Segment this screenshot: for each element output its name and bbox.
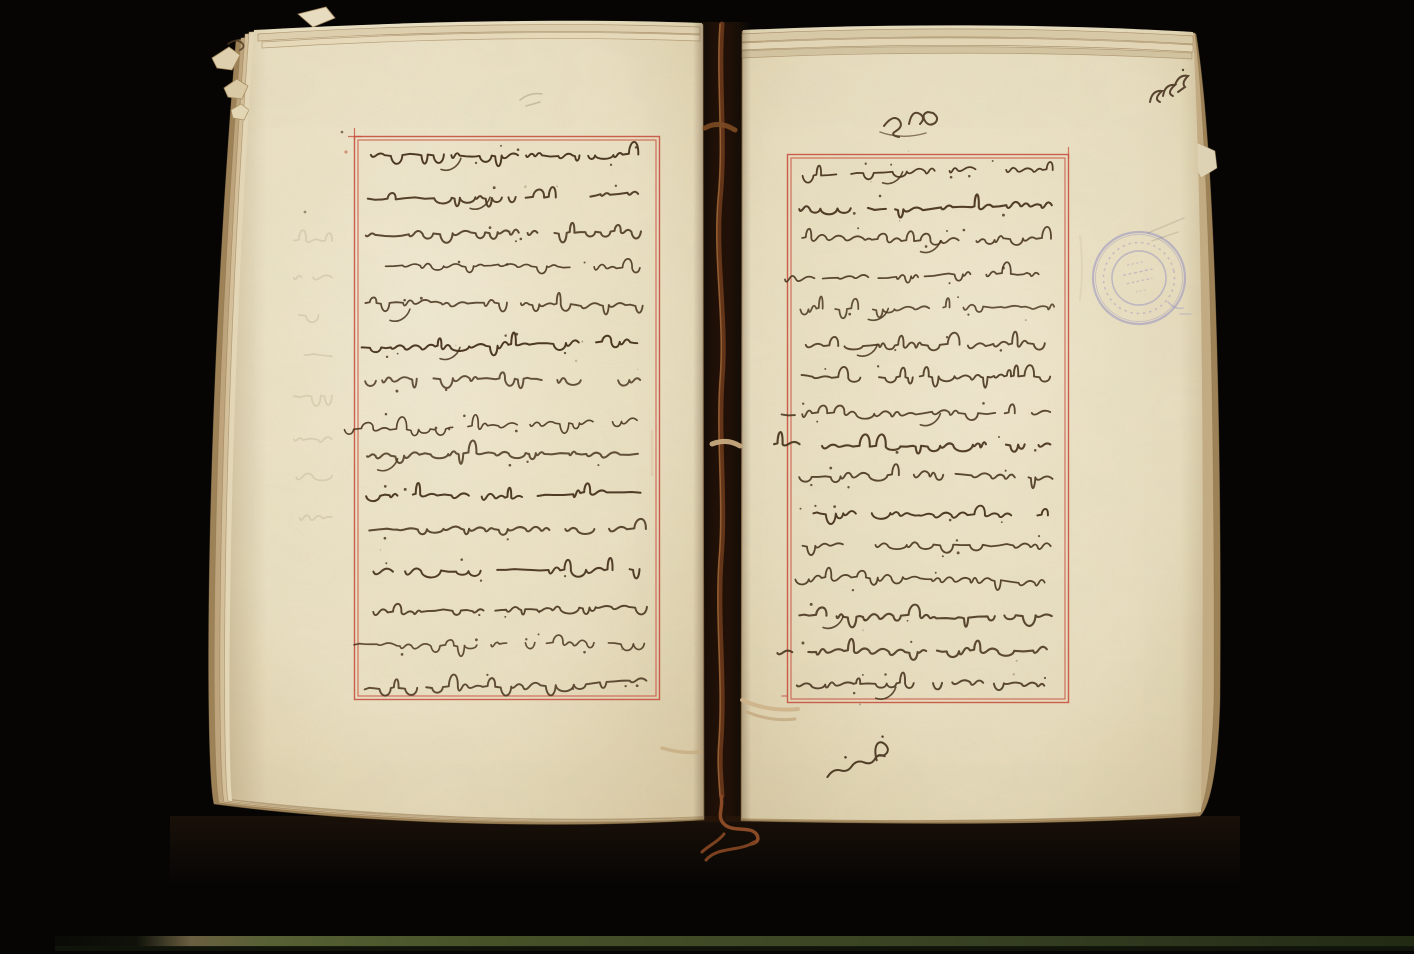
table-edge-strip: [55, 936, 1414, 951]
right-page: [735, 10, 1225, 840]
manuscript-photograph: [0, 0, 1414, 954]
left-page: [210, 10, 720, 840]
manuscript-scene: [0, 0, 1414, 954]
